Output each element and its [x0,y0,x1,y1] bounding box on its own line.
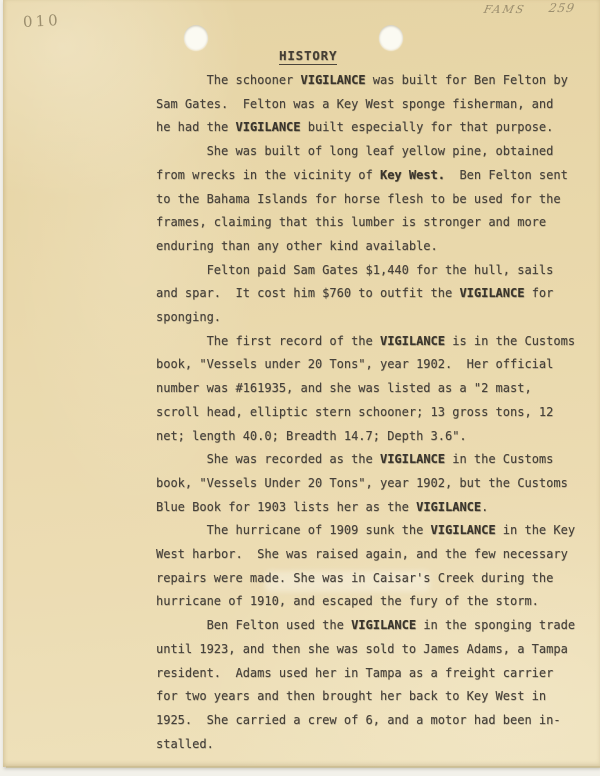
typed-line: sponging. [156,306,586,330]
hole-punch-left [184,25,208,50]
pencil-corner-note: 010 [23,11,62,31]
typed-line: 1925. She carried a crew of 6, and a mot… [156,709,586,733]
typed-line: repairs were made. She was in Caisar's C… [156,567,586,591]
typed-line: Ben Felton used the VIGILANCE in the spo… [156,614,586,638]
typed-line: until 1923, and then she was sold to Jam… [156,638,586,662]
typed-line: She was recorded as the VIGILANCE in the… [156,448,586,472]
typed-line: hurricane of 1910, and escaped the fury … [156,590,586,614]
typed-line: enduring than any other kind available. [156,235,586,259]
typed-line: for two years and then brought her back … [156,685,586,709]
typed-body-text: The schooner VIGILANCE was built for Ben… [156,69,586,756]
typed-line: stalled. [156,733,586,757]
typed-line: The hurricane of 1909 sunk the VIGILANCE… [156,519,586,543]
typed-line: scroll head, elliptic stern schooner; 13… [156,401,586,425]
typed-line: book, "Vessels Under 20 Tons", year 1902… [156,472,586,496]
typed-line: Sam Gates. Felton was a Key West sponge … [156,93,586,117]
typed-line: to the Bahama Islands for horse flesh to… [156,188,586,212]
pencil-archive-code: FAMS [483,3,527,16]
typed-line: net; length 40.0; Breadth 14.7; Depth 3.… [156,425,586,449]
paper-bottom-edge [6,766,600,768]
typed-line: Blue Book for 1903 lists her as the VIGI… [156,496,586,520]
typed-line: Felton paid Sam Gates $1,440 for the hul… [156,259,586,283]
document-title: HISTORY [279,48,337,65]
typed-line: She was built of long leaf yellow pine, … [156,140,586,164]
typed-line: The first record of the VIGILANCE is in … [156,330,586,354]
typed-line: number was #161935, and she was listed a… [156,377,586,401]
paper-sheet: 010 FAMS 259 HISTORY The schooner VIGILA… [3,0,600,767]
typed-line: frames, claiming that this lumber is str… [156,211,586,235]
hole-punch-right [379,25,403,50]
typed-line: The schooner VIGILANCE was built for Ben… [156,69,586,93]
typed-line: and spar. It cost him $760 to outfit the… [156,282,586,306]
typed-line: book, "Vessels under 20 Tons", year 1902… [156,353,586,377]
typed-line: West harbor. She was raised again, and t… [156,543,586,567]
scan-background: 010 FAMS 259 HISTORY The schooner VIGILA… [0,0,600,776]
pencil-page-number: 259 [548,1,576,15]
typed-line: he had the VIGILANCE built especially fo… [156,116,586,140]
typed-line: from wrecks in the vicinity of Key West.… [156,164,586,188]
typed-line: resident. Adams used her in Tampa as a f… [156,662,586,686]
